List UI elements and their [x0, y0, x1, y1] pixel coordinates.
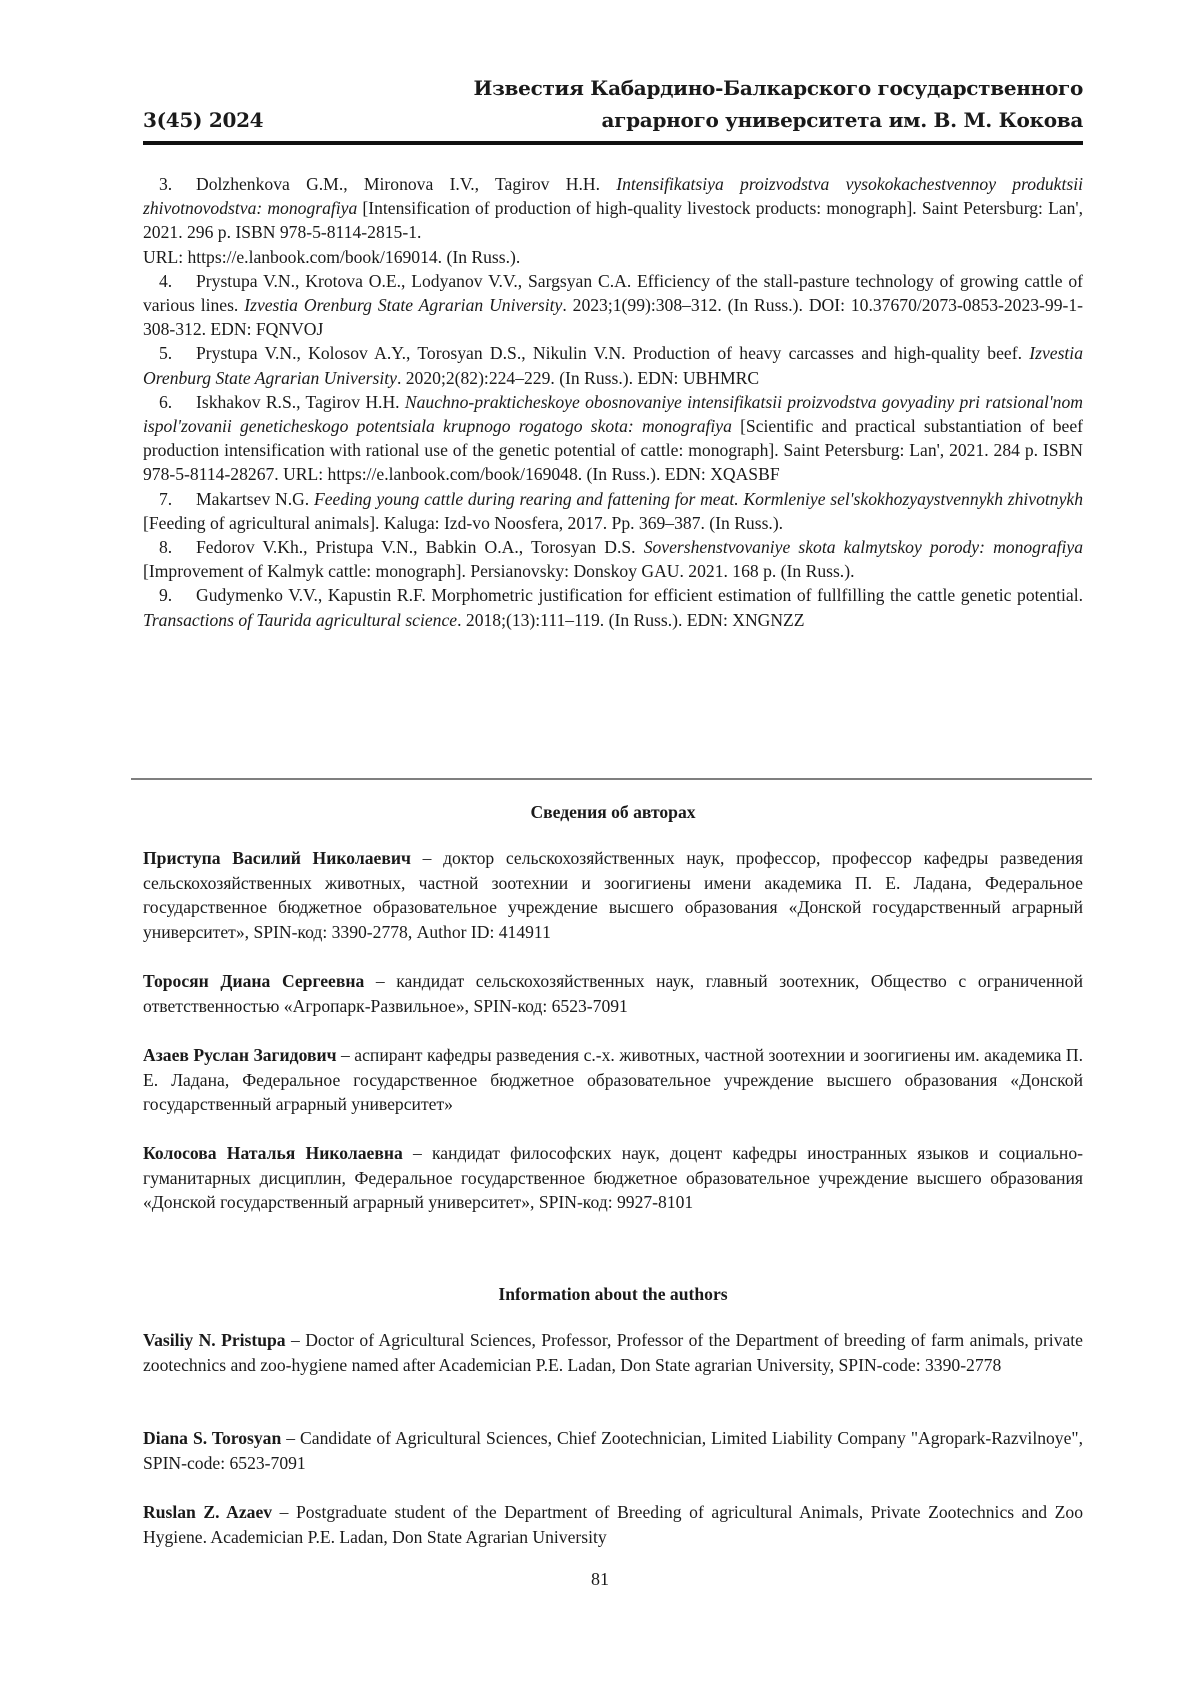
author-name: Колосова Наталья Николаевна [143, 1143, 403, 1163]
authors-en-title: Information about the authors [143, 1282, 1083, 1306]
reference-text: Iskhakov R.S., Tagirov H.H. [196, 392, 405, 412]
reference-text: Fedorov V.Kh., Pristupa V.N., Babkin O.A… [196, 537, 644, 557]
authors-ru-title: Сведения об авторах [143, 800, 1083, 824]
reference-list: 3.Dolzhenkova G.M., Mironova I.V., Tagir… [143, 172, 1083, 632]
reference-text: Makartsev N.G. [196, 489, 314, 509]
journal-title: Известия Кабардино-Балкарского государст… [473, 72, 1083, 136]
reference-text: Prystupa V.N., Kolosov A.Y., Torosyan D.… [196, 343, 1029, 363]
author-name: Торосян Диана Сергеевна [143, 971, 364, 991]
author-name: Vasiliy N. Pristupa [143, 1330, 286, 1350]
reference-number: 7. [159, 487, 196, 511]
reference-number: 8. [159, 535, 196, 559]
reference-text: Gudymenko V.V., Kapustin R.F. Morphometr… [196, 585, 1083, 605]
reference-title: Izvestia Orenburg State Agrarian Univers… [244, 295, 562, 315]
reference-item: 3.Dolzhenkova G.M., Mironova I.V., Tagir… [143, 172, 1083, 269]
author-description: – Candidate of Agricultural Sciences, Ch… [143, 1428, 1083, 1473]
reference-number: 3. [159, 172, 196, 196]
author-ru-item: Приступа Василий Николаевич – доктор сел… [143, 846, 1083, 944]
reference-title: Transactions of Taurida agricultural sci… [143, 610, 457, 630]
author-name: Азаев Руслан Загидович [143, 1045, 337, 1065]
reference-text: URL: https://e.lanbook.com/book/169014. … [143, 247, 520, 267]
author-description: – Postgraduate student of the Department… [143, 1502, 1083, 1547]
author-en-item: Vasiliy N. Pristupa – Doctor of Agricult… [143, 1328, 1083, 1377]
reference-number: 6. [159, 390, 196, 414]
author-en-item: Diana S. Torosyan – Candidate of Agricul… [143, 1426, 1083, 1475]
reference-text: Dolzhenkova G.M., Mironova I.V., Tagirov… [196, 174, 616, 194]
reference-item: 5.Prystupa V.N., Kolosov A.Y., Torosyan … [143, 341, 1083, 389]
reference-item: 8.Fedorov V.Kh., Pristupa V.N., Babkin O… [143, 535, 1083, 583]
reference-text: [Improvement of Kalmyk cattle: monograph… [143, 561, 854, 581]
author-name: Ruslan Z. Azaev [143, 1502, 272, 1522]
reference-text: [Feeding of agricultural animals]. Kalug… [143, 513, 783, 533]
author-name: Diana S. Torosyan [143, 1428, 281, 1448]
reference-item: 6.Iskhakov R.S., Tagirov H.H. Nauchno-pr… [143, 390, 1083, 487]
author-ru-item: Торосян Диана Сергеевна – кандидат сельс… [143, 969, 1083, 1018]
author-name: Приступа Василий Николаевич [143, 848, 411, 868]
reference-text: . 2020;2(82):224–229. (In Russ.). EDN: U… [397, 368, 759, 388]
reference-item: 9.Gudymenko V.V., Kapustin R.F. Morphome… [143, 583, 1083, 631]
header-rule [143, 141, 1083, 145]
page-number: 81 [0, 1567, 1200, 1591]
reference-title: Sovershenstvovaniye skota kalmytskoy por… [644, 537, 1083, 557]
running-header: Известия Кабардино-Балкарского государст… [143, 68, 1083, 140]
author-en-item: Ruslan Z. Azaev – Postgraduate student o… [143, 1500, 1083, 1549]
journal-title-line2: аграрного университета им. В. М. Кокова [473, 104, 1083, 136]
reference-number: 5. [159, 341, 196, 365]
issue-number: 3(45) 2024 [143, 104, 263, 136]
author-ru-item: Колосова Наталья Николаевна – кандидат ф… [143, 1141, 1083, 1215]
reference-item: 7.Makartsev N.G. Feeding young cattle du… [143, 487, 1083, 535]
section-divider [131, 778, 1092, 780]
journal-title-line1: Известия Кабардино-Балкарского государст… [473, 72, 1083, 104]
reference-text: . 2018;(13):111–119. (In Russ.). EDN: XN… [457, 610, 804, 630]
reference-number: 9. [159, 583, 196, 607]
reference-title: Feeding young cattle during rearing and … [314, 489, 1083, 509]
reference-item: 4.Prystupa V.N., Krotova O.E., Lodyanov … [143, 269, 1083, 342]
reference-number: 4. [159, 269, 196, 293]
author-ru-item: Азаев Руслан Загидович – аспирант кафедр… [143, 1043, 1083, 1117]
